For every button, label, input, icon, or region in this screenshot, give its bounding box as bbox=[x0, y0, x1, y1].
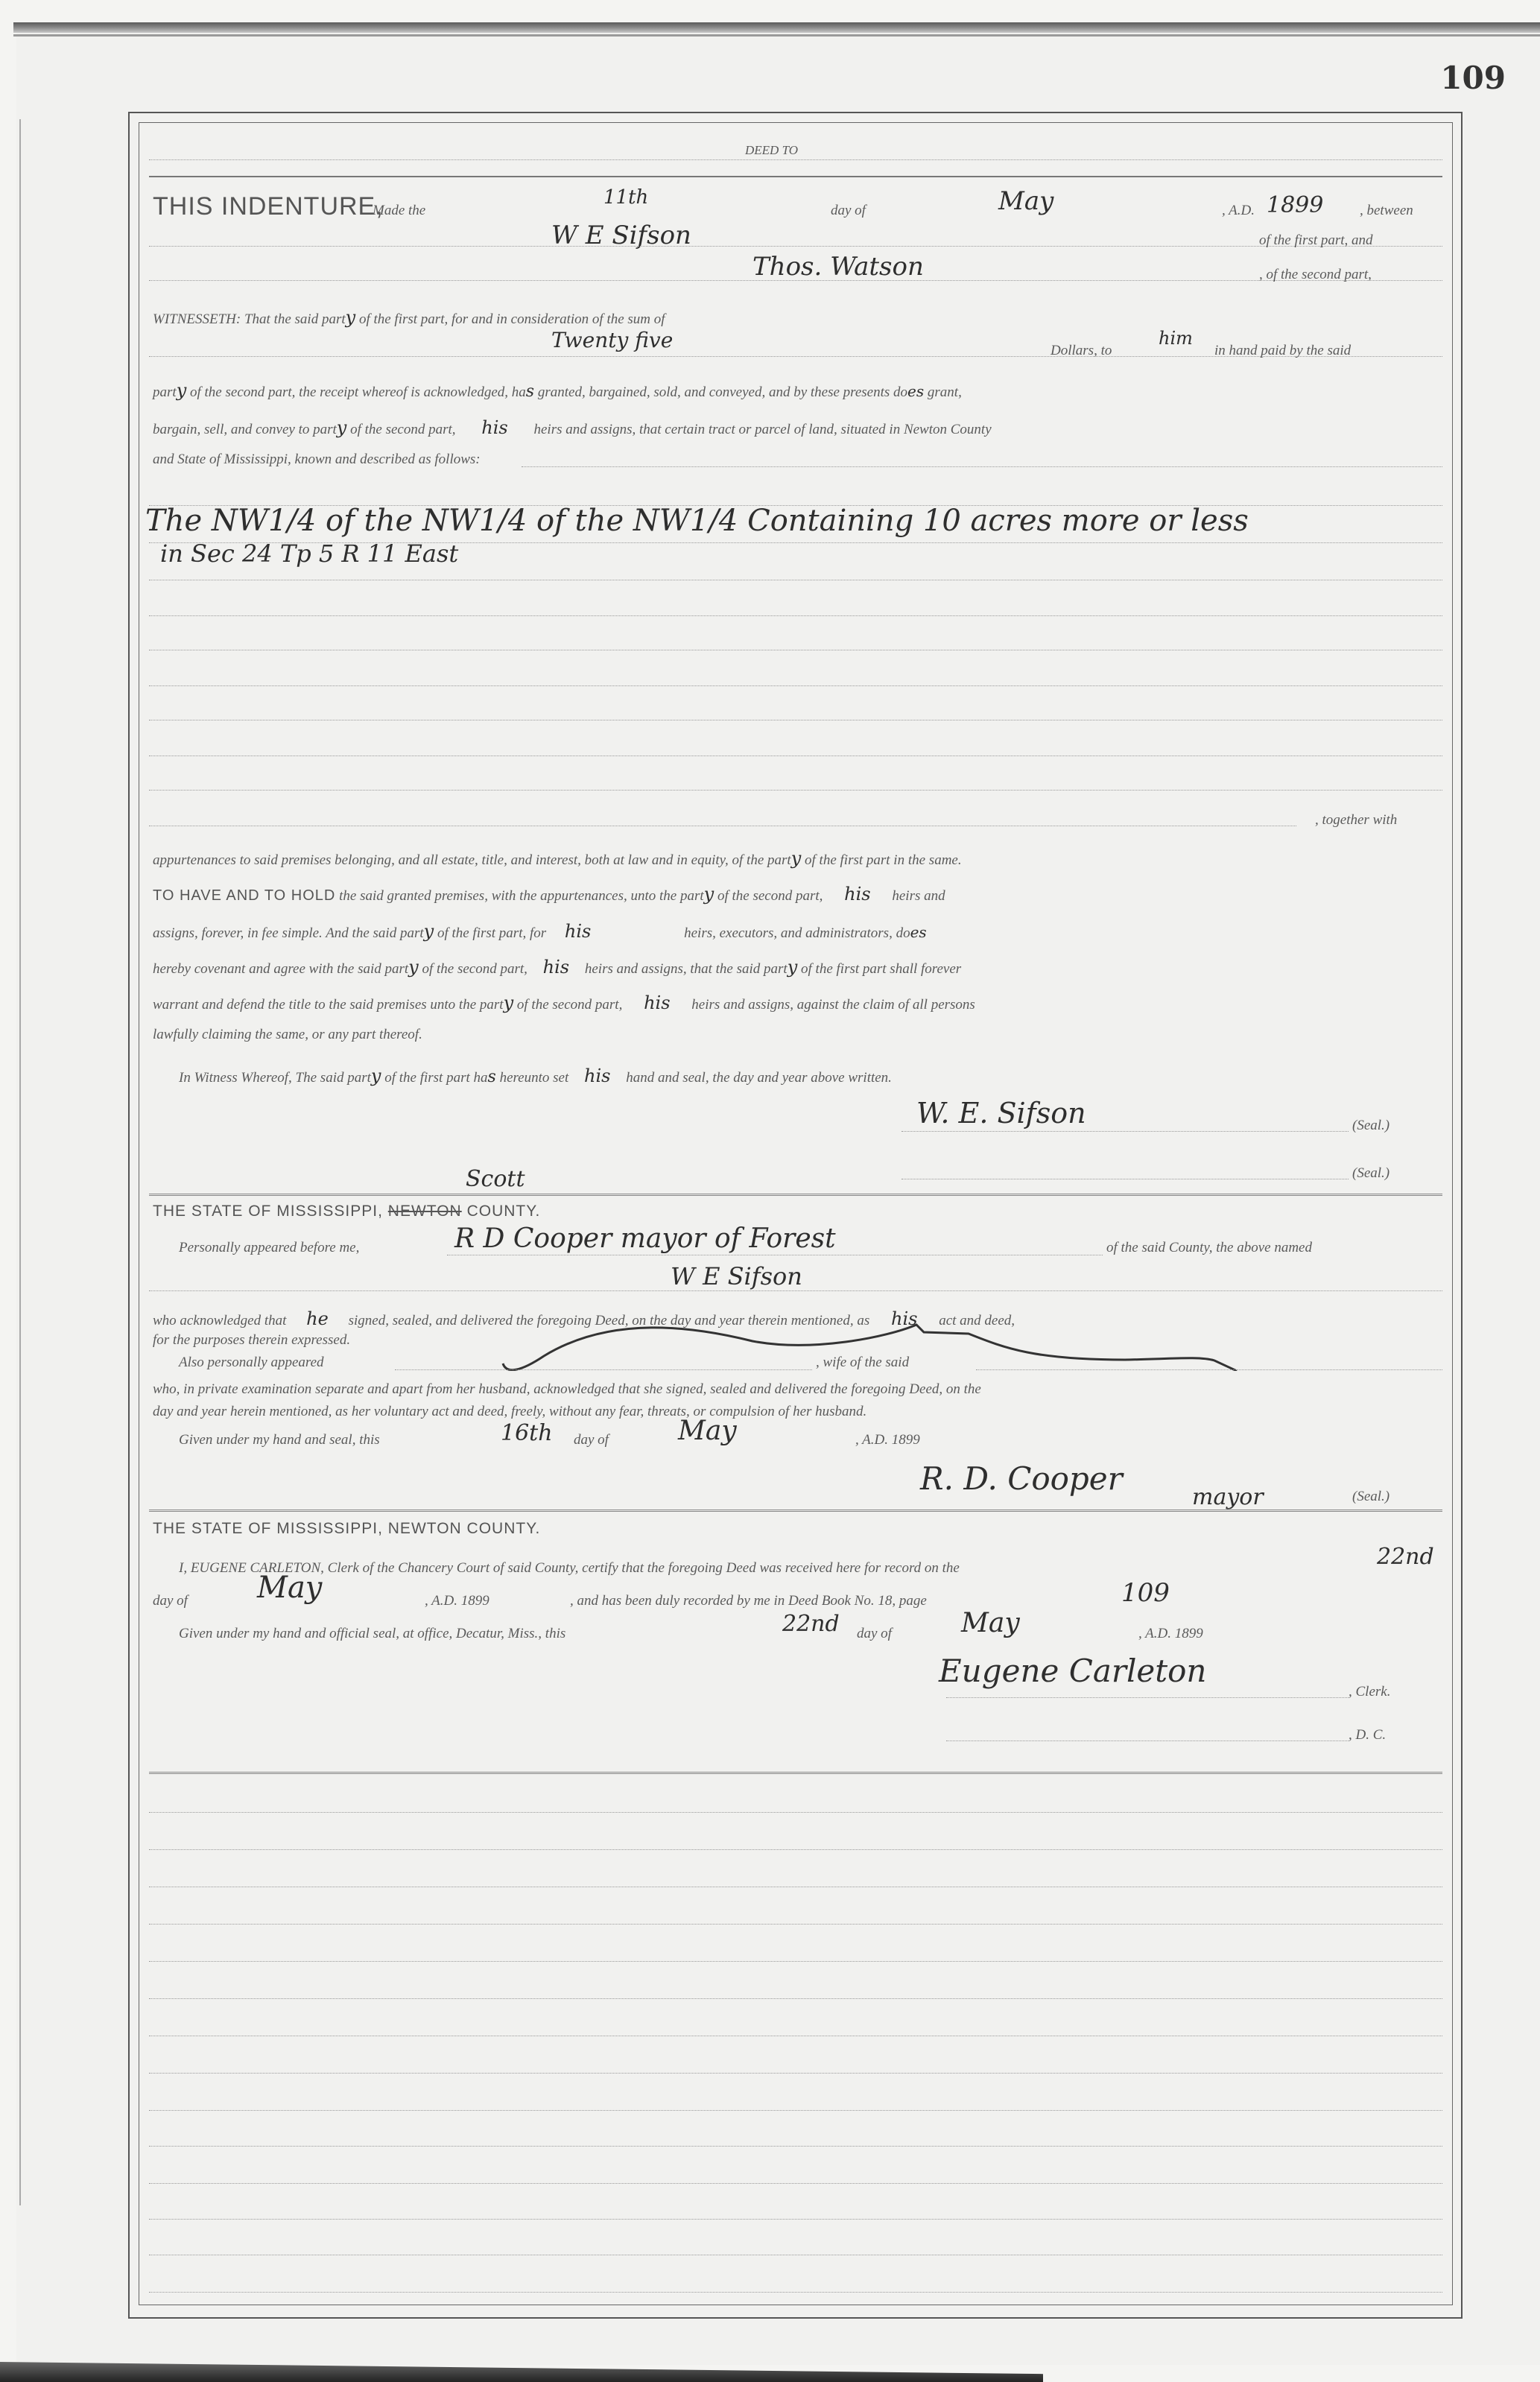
dollars-to-label: Dollars, to bbox=[1051, 343, 1112, 359]
rule bbox=[149, 580, 1442, 580]
warrant-line: warrant and defend the title to the said… bbox=[153, 992, 975, 1013]
rule bbox=[149, 615, 1442, 616]
party-suffix: y bbox=[788, 957, 798, 978]
party-suffix: y bbox=[704, 884, 714, 905]
clerk-signature: Eugene Carleton bbox=[939, 1653, 1206, 1689]
page-top-edge-line bbox=[13, 34, 1540, 37]
his-value: his bbox=[572, 1065, 622, 1086]
grantor-signature: W. E. Sifson bbox=[916, 1097, 1086, 1130]
second-party-name: Thos. Watson bbox=[752, 252, 924, 282]
state-line: and State of Mississippi, known and desc… bbox=[153, 452, 481, 468]
private-exam-line2: day and year herein mentioned, as her vo… bbox=[153, 1404, 866, 1420]
text: of the second part, bbox=[350, 422, 455, 437]
text: heirs and bbox=[892, 888, 945, 904]
heirs-value: his bbox=[550, 921, 680, 942]
heirs-value: his bbox=[626, 992, 688, 1013]
signature-line bbox=[946, 1697, 1349, 1698]
text: In Witness Whereof, The said part bbox=[179, 1070, 371, 1086]
rule bbox=[149, 159, 1442, 160]
purposes-line: for the purposes therein expressed. bbox=[153, 1332, 350, 1349]
cert-day-of-label: day of bbox=[153, 1593, 188, 1609]
text: of the second part, bbox=[517, 997, 622, 1013]
text: heirs and assigns, against the claim of … bbox=[691, 997, 975, 1013]
clerk-label: , Clerk. bbox=[1349, 1684, 1390, 1700]
party-suffix: y bbox=[408, 957, 419, 978]
between-label: , between bbox=[1360, 203, 1413, 219]
second-part-label: , of the second part, bbox=[1259, 267, 1372, 283]
seal-label-2: (Seal.) bbox=[1352, 1165, 1390, 1182]
section-divider bbox=[149, 1772, 1442, 1774]
cert-given-month: May bbox=[961, 1608, 1020, 1638]
text: , the day and year above written. bbox=[706, 1070, 892, 1086]
officer-name: R D Cooper mayor of Forest bbox=[454, 1223, 836, 1254]
party-suffix: y bbox=[346, 307, 356, 328]
text: of the second part, bbox=[717, 888, 823, 904]
receipt-line: party of the second part, the receipt wh… bbox=[153, 380, 962, 401]
text: hand bbox=[626, 1070, 654, 1086]
text: hereby covenant and agree with the said … bbox=[153, 961, 408, 977]
county-inserted: Scott bbox=[466, 1166, 525, 1192]
indenture-day: 11th bbox=[603, 186, 648, 209]
rule bbox=[149, 2292, 1442, 2293]
rule bbox=[976, 1369, 1442, 1370]
ack-day-of-label: day of bbox=[574, 1432, 609, 1448]
text: of the first part shall forever bbox=[801, 961, 961, 977]
cert-month: May bbox=[257, 1571, 322, 1605]
rule bbox=[149, 1924, 1442, 1925]
cert-received-day: 22nd bbox=[1377, 1544, 1434, 1570]
cert-given-ad: , A.D. 1899 bbox=[1138, 1626, 1203, 1642]
ack-given-day: 16th bbox=[501, 1420, 553, 1446]
rule bbox=[149, 176, 1442, 177]
rule bbox=[149, 826, 1296, 826]
party-suffix: y bbox=[791, 848, 802, 869]
cert-state-heading: THE STATE OF MISSISSIPPI, NEWTON COUNTY. bbox=[153, 1520, 540, 1538]
has-suffix: s bbox=[526, 382, 534, 401]
he-value: he bbox=[290, 1308, 345, 1329]
said-county-label: of the said County, the above named bbox=[1106, 1240, 1312, 1256]
indenture-title: THIS INDENTURE, bbox=[153, 192, 384, 221]
text: appurtenances to said premises belonging… bbox=[153, 852, 791, 868]
has-suffix: s bbox=[488, 1068, 496, 1086]
rule bbox=[149, 2219, 1442, 2220]
rule bbox=[149, 246, 1442, 247]
rule bbox=[447, 1255, 1103, 1255]
text: heirs, executors, and administrators, do bbox=[684, 925, 910, 941]
text: warrant and defend the title to the said… bbox=[153, 997, 504, 1013]
rule bbox=[149, 790, 1442, 791]
consideration-sum: Twenty five bbox=[551, 328, 673, 352]
made-the-label: Made the bbox=[373, 203, 425, 219]
rule bbox=[149, 280, 1442, 281]
rule bbox=[149, 1961, 1442, 1962]
rule bbox=[395, 1369, 812, 1370]
text: hereunto set bbox=[500, 1070, 569, 1086]
rule bbox=[149, 1998, 1442, 1999]
text: part bbox=[153, 384, 177, 400]
text: heirs and assigns, that the said part bbox=[585, 961, 788, 977]
rule bbox=[149, 720, 1442, 720]
cert-given-day-of: day of bbox=[857, 1626, 892, 1642]
seal-label-1: (Seal.) bbox=[1352, 1118, 1390, 1134]
personally-label: Personally appeared before me, bbox=[179, 1240, 359, 1256]
lawfully-line: lawfully claiming the same, or any part … bbox=[153, 1027, 422, 1043]
private-exam-line1: who, in private examination separate and… bbox=[153, 1381, 981, 1398]
page-top-edge bbox=[13, 22, 1540, 33]
rule bbox=[149, 2146, 1442, 2147]
ack-given-month: May bbox=[678, 1416, 737, 1446]
indenture-year: 1899 bbox=[1267, 192, 1323, 218]
witnesseth-text: WITNESSETH: That the said party of the f… bbox=[153, 307, 665, 328]
ack-seal-label: (Seal.) bbox=[1352, 1489, 1390, 1505]
signature-line bbox=[901, 1179, 1349, 1179]
rule bbox=[149, 1849, 1442, 1850]
rule bbox=[149, 650, 1442, 650]
wife-of-label: , wife of the said bbox=[816, 1355, 909, 1371]
text: bargain, sell, and convey to part bbox=[153, 422, 337, 437]
ack-state-heading: THE STATE OF MISSISSIPPI, NEWTON COUNTY. bbox=[153, 1203, 540, 1220]
text: of the first part, for and in considerat… bbox=[359, 311, 665, 327]
covenant-line: hereby covenant and agree with the said … bbox=[153, 957, 961, 978]
to-have-heading: TO HAVE AND TO HOLD bbox=[153, 887, 335, 904]
rule bbox=[149, 2255, 1442, 2255]
rule bbox=[149, 2110, 1442, 2111]
cert-given-label: Given under my hand and official seal, a… bbox=[179, 1626, 565, 1642]
first-part-label: of the first part, and bbox=[1259, 232, 1373, 249]
heirs-value: his bbox=[531, 957, 581, 978]
text: WITNESSETH: That the said part bbox=[153, 311, 346, 327]
page-number: 109 bbox=[1440, 60, 1506, 96]
signature-line bbox=[901, 1131, 1349, 1132]
text: assigns, forever, in fee simple. And the… bbox=[153, 925, 424, 941]
cert-ad-year: , A.D. 1899 bbox=[425, 1593, 489, 1609]
county-struck: NEWTON bbox=[388, 1203, 462, 1220]
rule bbox=[149, 756, 1442, 756]
section-divider bbox=[149, 1194, 1442, 1196]
together-with-label: , together with bbox=[1315, 812, 1397, 829]
rule bbox=[522, 466, 1442, 467]
text: who acknowledged that bbox=[153, 1313, 286, 1328]
rule bbox=[149, 2183, 1442, 2184]
signature-line bbox=[946, 1740, 1349, 1741]
to-have-line: TO HAVE AND TO HOLD the said granted pre… bbox=[153, 884, 945, 905]
text: and seal bbox=[658, 1070, 706, 1086]
ad-label: , A.D. bbox=[1222, 203, 1255, 219]
deed-to-header: DEED TO bbox=[745, 143, 798, 158]
strike-through-scrawl bbox=[499, 1319, 1334, 1371]
land-description-line2: in Sec 24 Tp 5 R 11 East bbox=[160, 539, 458, 568]
cert-given-day: 22nd bbox=[782, 1611, 840, 1637]
ack-grantor-name: W E Sifson bbox=[671, 1262, 802, 1290]
text: granted, bargained, sold, and conveyed, … bbox=[538, 384, 907, 400]
text: of the first part, for bbox=[437, 925, 546, 941]
ack-ad-year: , A.D. 1899 bbox=[855, 1432, 920, 1448]
rule bbox=[149, 1887, 1442, 1887]
text: of the second part, the receipt whereof … bbox=[190, 384, 526, 400]
party-suffix: y bbox=[371, 1065, 381, 1086]
land-description-line1: The NW1/4 of the NW1/4 of the NW1/4 Cont… bbox=[145, 504, 1249, 538]
does-suffix: es bbox=[910, 923, 927, 941]
does-suffix: es bbox=[907, 382, 924, 400]
deputy-clerk-label: , D. C. bbox=[1349, 1727, 1386, 1743]
text: of the first part ha bbox=[384, 1070, 487, 1086]
party-suffix: y bbox=[504, 992, 514, 1013]
text: COUNTY. bbox=[467, 1203, 541, 1220]
rule bbox=[149, 2073, 1442, 2074]
rule bbox=[149, 2036, 1442, 2036]
witness-whereof-line: In Witness Whereof, The said party of th… bbox=[179, 1065, 892, 1086]
heirs-value: his bbox=[459, 417, 530, 438]
text: THE STATE OF MISSISSIPPI, bbox=[153, 1203, 383, 1220]
officer-signature: R. D. Cooper bbox=[920, 1460, 1123, 1497]
section-divider bbox=[149, 1510, 1442, 1512]
cert-page-number: 109 bbox=[1121, 1578, 1170, 1608]
text: heirs and assigns, that certain tract or… bbox=[534, 422, 992, 437]
in-hand-label: in hand paid by the said bbox=[1214, 343, 1351, 359]
party-suffix: y bbox=[177, 380, 187, 401]
given-under-label: Given under my hand and seal, this bbox=[179, 1432, 380, 1448]
cert-recorded-text: , and has been duly recorded by me in De… bbox=[570, 1593, 927, 1609]
text: the said granted premises, with the appu… bbox=[339, 888, 704, 904]
text: grant, bbox=[928, 384, 962, 400]
day-of-label: day of bbox=[831, 203, 866, 219]
rule bbox=[149, 1290, 1442, 1291]
binding-shadow bbox=[0, 2362, 1043, 2382]
appurtenances-line: appurtenances to said premises belonging… bbox=[153, 848, 962, 869]
assigns-line: assigns, forever, in fee simple. And the… bbox=[153, 921, 927, 942]
paid-to-value: him bbox=[1159, 328, 1193, 349]
text: of the first part in the same. bbox=[805, 852, 962, 868]
text: of the second part, bbox=[422, 961, 527, 977]
convey-line: bargain, sell, and convey to party of th… bbox=[153, 417, 992, 438]
party-suffix: y bbox=[337, 417, 347, 438]
rule bbox=[149, 685, 1442, 686]
indenture-month: May bbox=[998, 186, 1053, 216]
officer-title: mayor bbox=[1192, 1484, 1264, 1510]
also-appeared-label: Also personally appeared bbox=[179, 1355, 324, 1371]
rule bbox=[149, 1812, 1442, 1813]
heirs-value: his bbox=[826, 884, 888, 905]
party-suffix: y bbox=[424, 921, 434, 942]
binding-margin-line bbox=[19, 119, 21, 2205]
